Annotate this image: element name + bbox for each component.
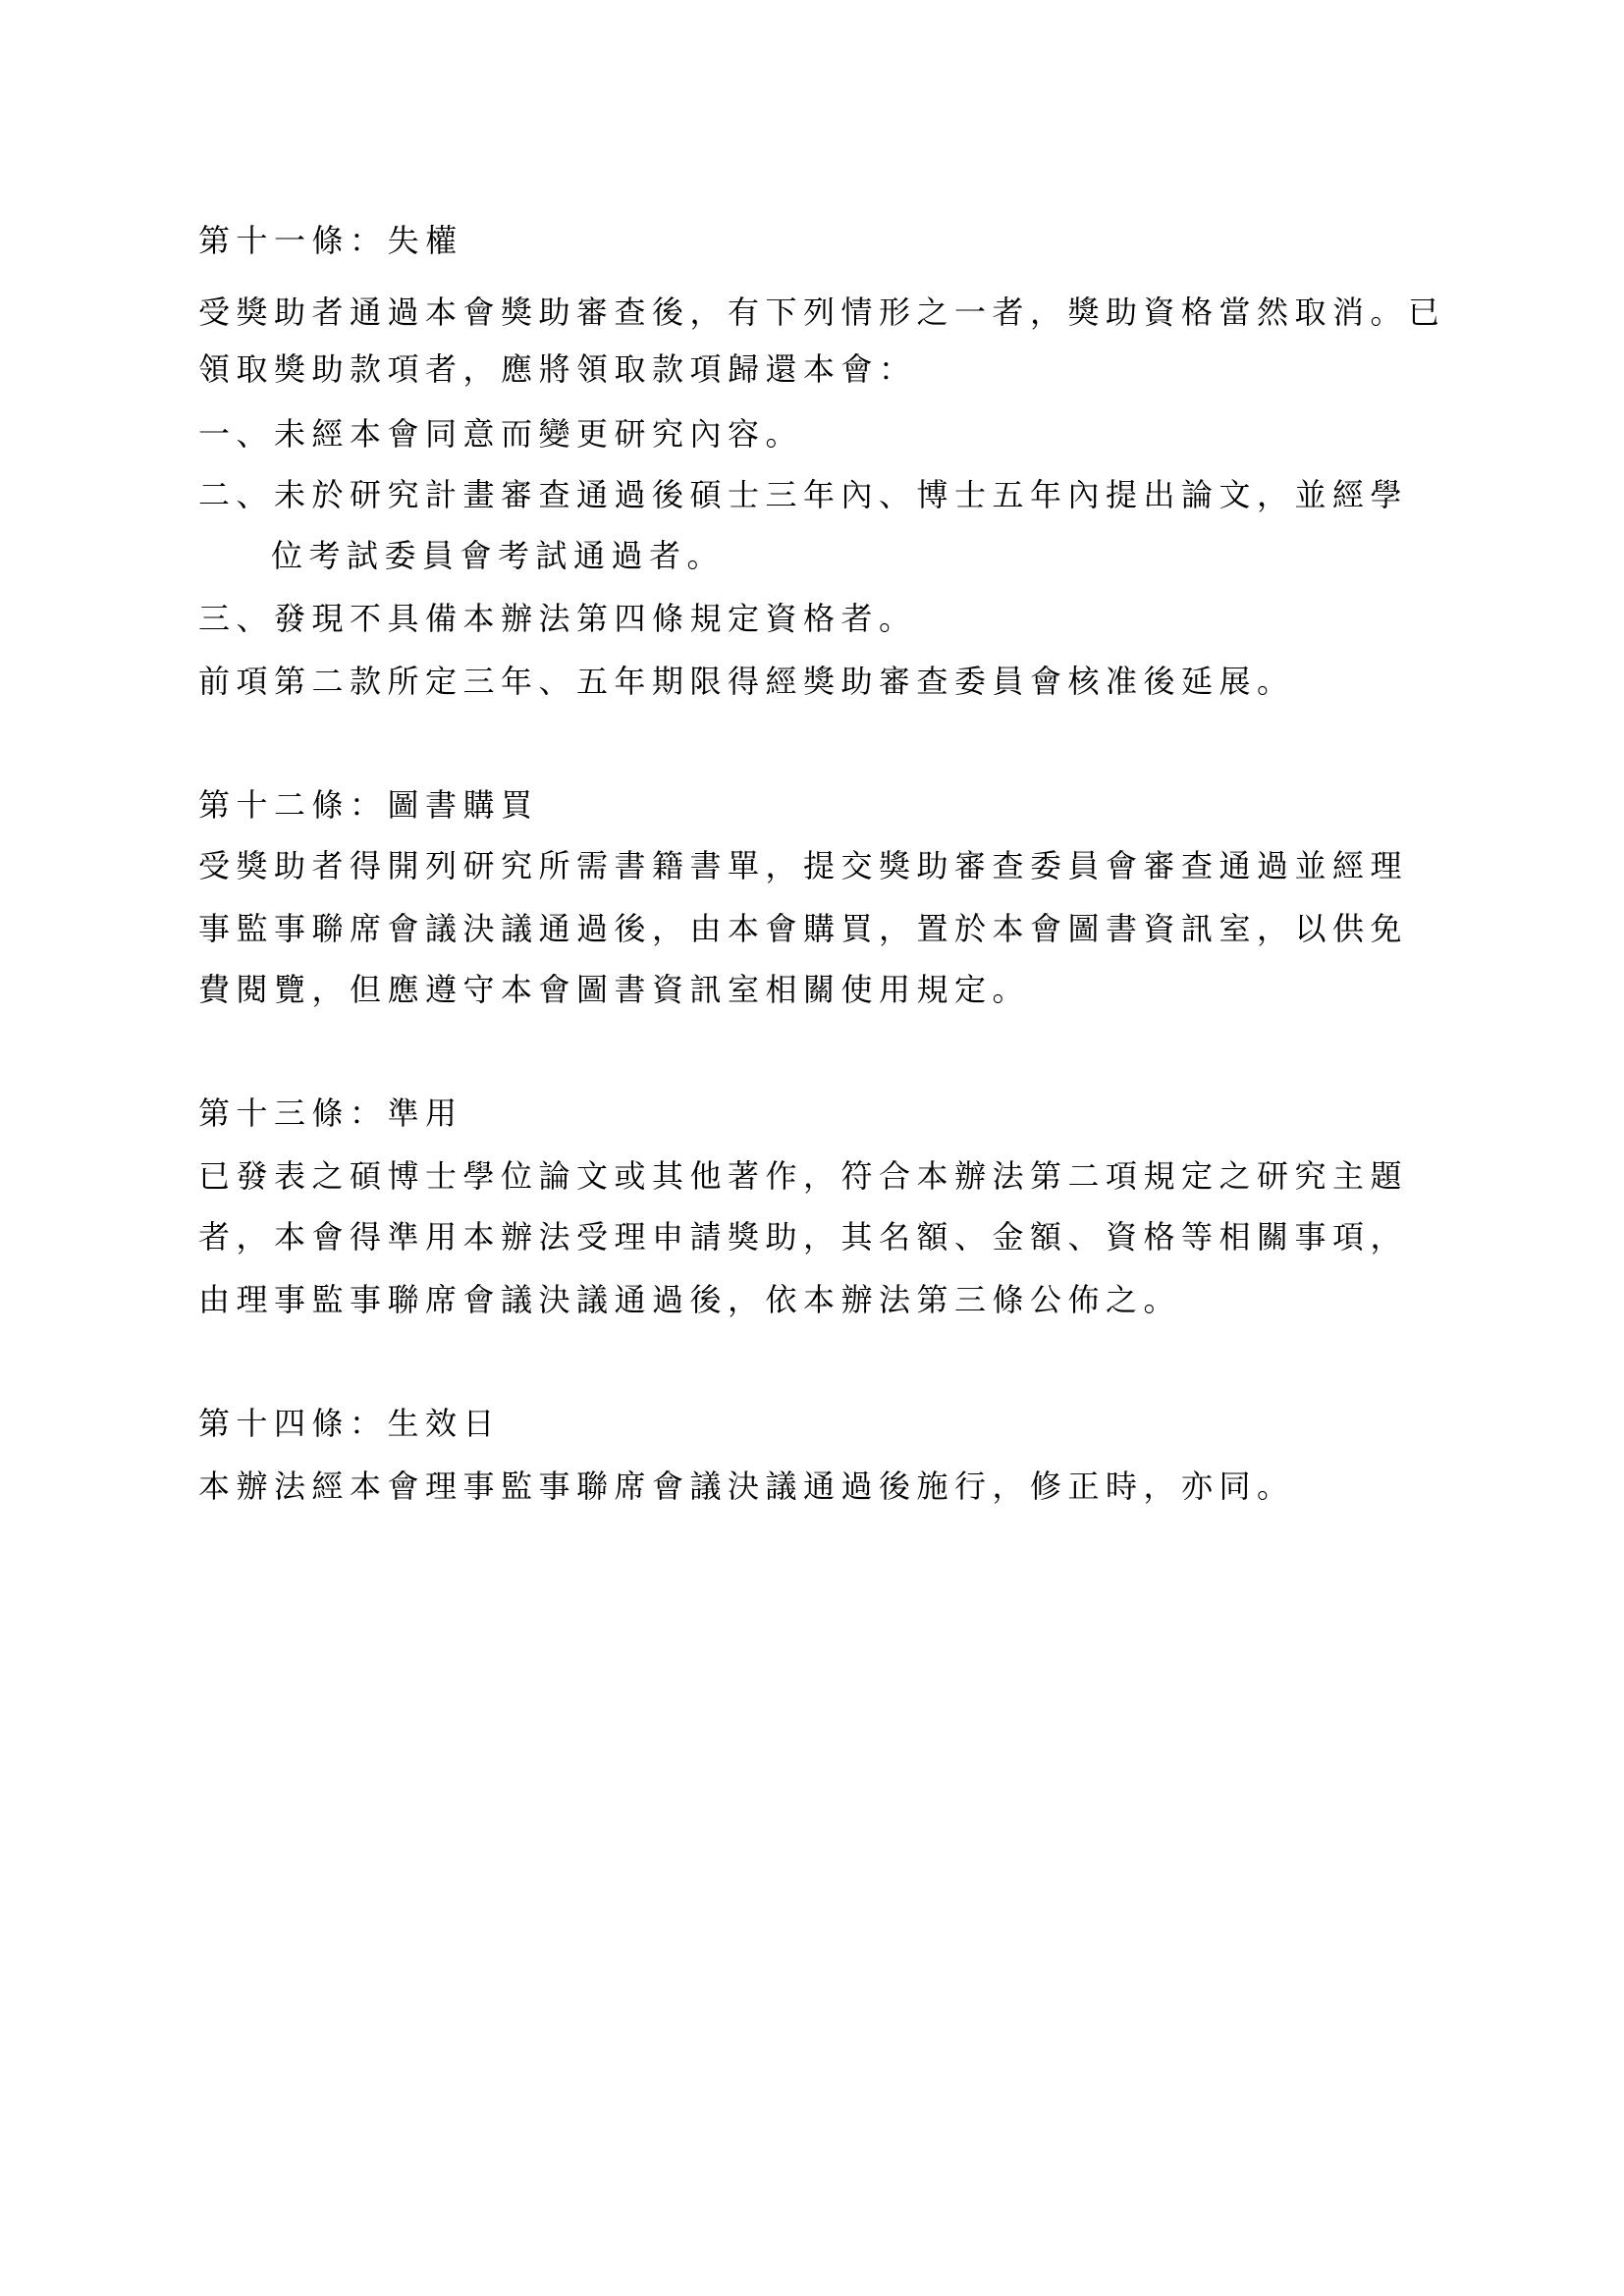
article-12-title: 第十二條：圖書購買	[198, 785, 539, 825]
article-13-title: 第十三條：準用	[198, 1094, 463, 1133]
article-13-paragraph-line: 由理事監事聯席會議決議通過後，依本辦法第三條公佈之。	[198, 1280, 1181, 1319]
article-11-list-item-2-continued: 位考試委員會考試通過者。	[271, 536, 725, 575]
article-13-paragraph-line: 已發表之碩博士學位論文或其他著作，符合本辦法第二項規定之研究主題	[198, 1156, 1408, 1196]
article-14-paragraph-line: 本辦法經本會理事監事聯席會議決議通過後施行，修正時，亦同。	[198, 1467, 1295, 1506]
document-page: 第十一條：失權 受獎助者通過本會獎助審查後，有下列情形之一者，獎助資格當然取消。…	[0, 0, 1624, 2296]
article-12-paragraph-line: 受獎助者得開列研究所需書籍書單，提交獎助審查委員會審查通過並經理	[198, 846, 1408, 885]
article-11-title: 第十一條：失權	[198, 221, 463, 260]
article-11-list-item-1: 一、未經本會同意而變更研究內容。	[198, 414, 803, 454]
article-14-title: 第十四條：生效日	[198, 1404, 501, 1443]
article-11-paragraph-line: 受獎助者通過本會獎助審查後，有下列情形之一者，獎助資格當然取消。已	[198, 293, 1446, 332]
article-11-paragraph-line: 領取獎助款項者，應將領取款項歸還本會：	[198, 349, 917, 389]
article-11-list-item-2: 二、未於研究計畫審查通過後碩士三年內、博士五年內提出論文，並經學	[198, 475, 1408, 514]
article-12-paragraph-line: 事監事聯席會議決議通過後，由本會購買，置於本會圖書資訊室，以供免	[198, 909, 1408, 948]
article-11-extension-note: 前項第二款所定三年、五年期限得經獎助審查委員會核准後延展。	[198, 662, 1295, 701]
article-12-paragraph-line: 費閱覽，但應遵守本會圖書資訊室相關使用規定。	[198, 970, 1030, 1009]
article-13-paragraph-line: 者，本會得準用本辦法受理申請獎助，其名額、金額、資格等相關事項，	[198, 1217, 1408, 1256]
article-11-list-item-3: 三、發現不具備本辦法第四條規定資格者。	[198, 599, 917, 638]
